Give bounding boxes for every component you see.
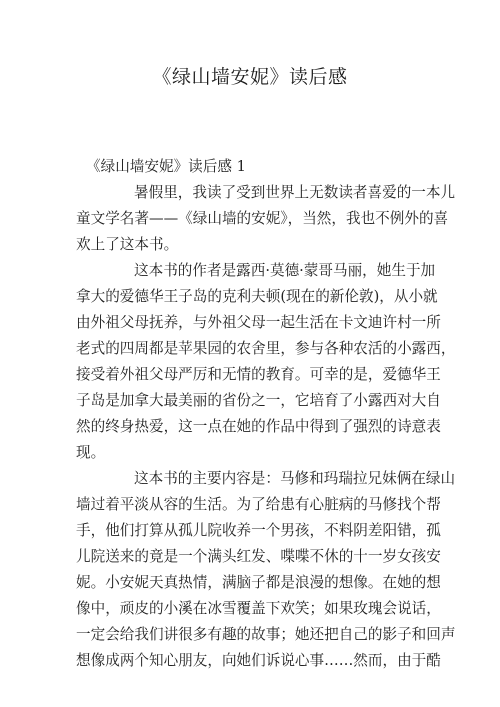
paragraph-2: 这本书的作者是露西·莫德·蒙哥马丽，她生于加 拿大的爱德华王子岛的克利夫顿(现在… bbox=[76, 258, 436, 466]
text-line: 子岛是加拿大最美丽的省份之一，它培育了小露西对大自 bbox=[76, 388, 436, 414]
text-line: 妮。小安妮天真热情，满脑子都是浪漫的想像。在她的想 bbox=[76, 570, 436, 596]
text-line: 手，他们打算从孤儿院收养一个男孩，不料阴差阳错，孤 bbox=[76, 518, 436, 544]
text-line: 接受着外祖父母严厉和无情的教育。可幸的是，爱德华王 bbox=[76, 362, 436, 388]
text-line: 暑假里，我读了受到世界上无数读者喜爱的一本儿 bbox=[76, 180, 436, 206]
paragraph-1: 暑假里，我读了受到世界上无数读者喜爱的一本儿 童文学名著——《绿山墙的安妮》，当… bbox=[76, 180, 436, 258]
text-line: 老式的四周都是苹果园的农舍里，参与各种农活的小露西， bbox=[76, 336, 436, 362]
text-line: 拿大的爱德华王子岛的克利夫顿(现在的新伦敦)，从小就 bbox=[76, 284, 436, 310]
document-page: 《绿山墙安妮》读后感 《绿山墙安妮》读后感 1 暑假里，我读了受到世界上无数读者… bbox=[0, 0, 500, 707]
text-line: 由外祖父母抚养，与外祖父母一起生活在卡文迪许村一所 bbox=[76, 310, 436, 336]
text-line: 像中，顽皮的小溪在冰雪覆盖下欢笑；如果玫瑰会说话， bbox=[76, 596, 436, 622]
text-line: 现。 bbox=[76, 440, 436, 466]
text-line: 这本书的作者是露西·莫德·蒙哥马丽，她生于加 bbox=[76, 258, 436, 284]
section-heading: 《绿山墙安妮》读后感 1 bbox=[76, 154, 436, 180]
paragraph-3: 这本书的主要内容是：马修和玛瑞拉兄妹俩在绿山 墙过着平淡从容的生活。为了给患有心… bbox=[76, 466, 436, 674]
text-line: 童文学名著——《绿山墙的安妮》，当然，我也不例外的喜 bbox=[76, 206, 436, 232]
text-line: 欢上了这本书。 bbox=[76, 232, 436, 258]
text-line: 墙过着平淡从容的生活。为了给患有心脏病的马修找个帮 bbox=[76, 492, 436, 518]
page-title: 《绿山墙安妮》读后感 bbox=[0, 62, 500, 89]
text-line: 儿院送来的竟是一个满头红发、喋喋不休的十一岁女孩安 bbox=[76, 544, 436, 570]
text-line: 想像成两个知心朋友，向她们诉说心事……然而，由于酷 bbox=[76, 648, 436, 674]
text-line: 一定会给我们讲很多有趣的故事；她还把自己的影子和回声 bbox=[76, 622, 436, 648]
text-line: 然的终身热爱，这一点在她的作品中得到了强烈的诗意表 bbox=[76, 414, 436, 440]
document-body: 《绿山墙安妮》读后感 1 暑假里，我读了受到世界上无数读者喜爱的一本儿 童文学名… bbox=[76, 154, 436, 674]
text-line: 这本书的主要内容是：马修和玛瑞拉兄妹俩在绿山 bbox=[76, 466, 436, 492]
